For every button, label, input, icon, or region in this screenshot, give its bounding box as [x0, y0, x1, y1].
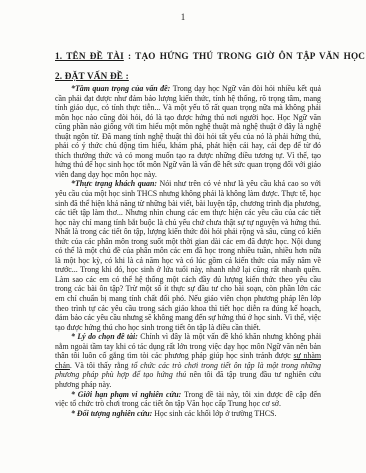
- paragraph-research-subjects: * Đối tượng nghiên cứu: Học sinh các khố…: [55, 409, 321, 419]
- text-segment: 2. ĐẶT VẤN ĐỀ :: [55, 71, 129, 81]
- paragraph-importance-of-topic: *Tầm quan trọng của vấn đề: Trong dạy họ…: [55, 84, 321, 179]
- text-segment: * Giới hạn phạm vi nghiên cứu:: [71, 390, 184, 399]
- section-heading-dat-van-de: 2. ĐẶT VẤN ĐỀ :: [55, 71, 321, 82]
- text-segment: * Đối tượng nghiên cứu:: [71, 409, 154, 418]
- text-segment: Học sinh các khối lớp ở trường THCS.: [154, 409, 276, 418]
- page-number: 1: [0, 12, 366, 22]
- document-page: 1 1. TÊN ĐỀ TÀI : TẠO HỨNG THÚ TRONG GIỜ…: [0, 0, 366, 473]
- paragraph-research-scope: * Giới hạn phạm vi nghiên cứu: Trong đề …: [55, 390, 321, 409]
- text-segment: . Và tôi thấy rằng: [70, 361, 131, 370]
- text-segment: Nói như trên có vẻ như là yêu cầu khá ca…: [55, 179, 321, 331]
- text-segment: : TẠO HỨNG THÚ TRONG GIỜ ÔN TẬP VĂN HỌC: [124, 51, 365, 61]
- paragraph-reason-for-topic: * Lý do chọn đề tài: Chính vì đây là một…: [55, 332, 321, 389]
- text-segment: *Tầm quan trọng của vấn đề:: [71, 84, 173, 93]
- text-segment: 1. TÊN ĐỀ TÀI: [55, 51, 124, 61]
- paragraph-current-situation: *Thực trạng khách quan: Nói như trên có …: [55, 179, 321, 332]
- document-title: 1. TÊN ĐỀ TÀI : TẠO HỨNG THÚ TRONG GIỜ Ô…: [55, 51, 321, 62]
- text-segment: Trong dạy học Ngữ văn đòi hỏi nhiều kết …: [55, 84, 321, 179]
- text-segment: * Lý do chọn đề tài:: [71, 332, 140, 341]
- page-content: 1. TÊN ĐỀ TÀI : TẠO HỨNG THÚ TRONG GIỜ Ô…: [55, 51, 321, 418]
- text-segment: *Thực trạng khách quan:: [71, 179, 160, 188]
